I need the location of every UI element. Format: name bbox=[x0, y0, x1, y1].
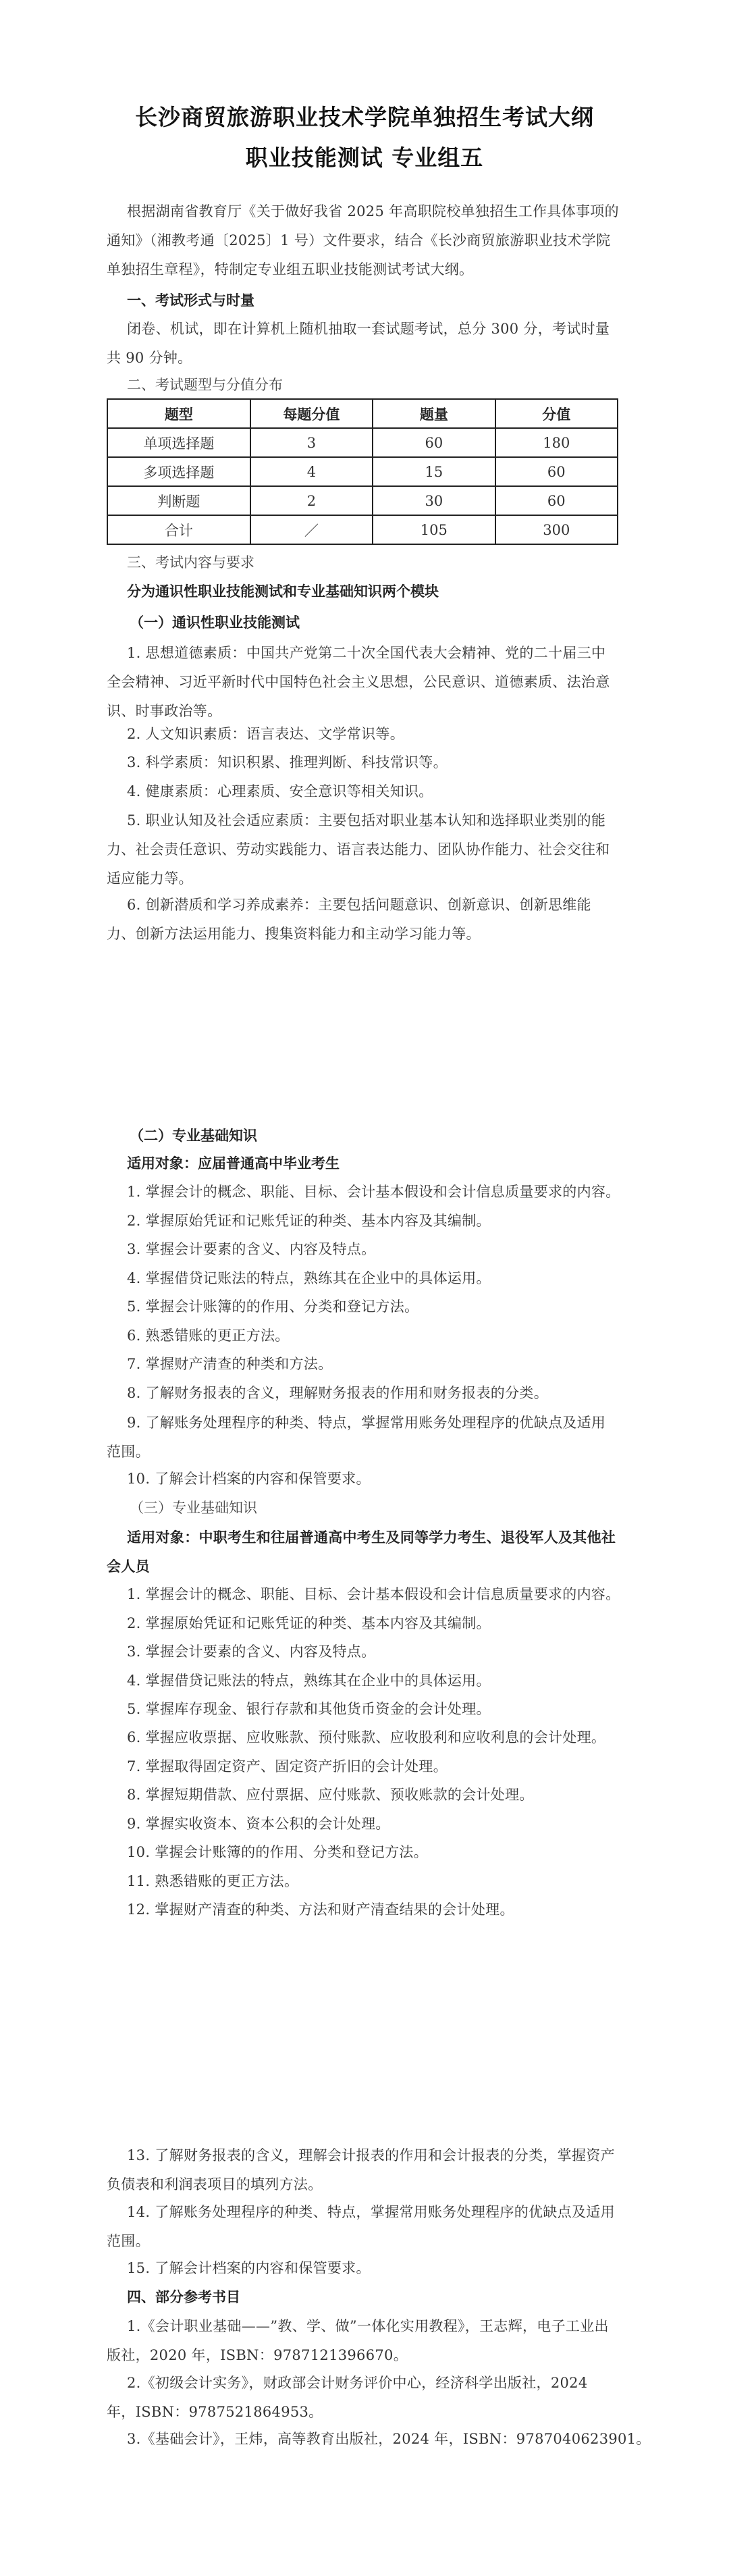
module2-item: 2. 掌握原始凭证和记账凭证的种类、基本内容及其编制。 bbox=[127, 1207, 491, 1234]
table-cell: 105 bbox=[373, 515, 495, 544]
table-header: 每题分值 bbox=[250, 399, 373, 428]
module3-item: 1. 掌握会计的概念、职能、目标、会计基本假设和会计信息质量要求的内容。 bbox=[127, 1581, 620, 1608]
intro-paragraph: 根据湖南省教育厅《关于做好我省 2025 年高职院校单独招生工作具体事项的通知》… bbox=[107, 197, 620, 284]
table-cell: 180 bbox=[495, 428, 618, 457]
module3-item: 11. 熟悉错账的更正方法。 bbox=[127, 1868, 298, 1895]
module2-item: 8. 了解财务报表的含义，理解财务报表的作用和财务报表的分类。 bbox=[127, 1379, 548, 1407]
module1-item: 2. 人文知识素质：语言表达、文学常识等。 bbox=[127, 720, 404, 747]
table-header-row: 题型 每题分值 题量 分值 bbox=[107, 399, 618, 428]
module3-heading: （三）专业基础知识 bbox=[130, 1494, 257, 1521]
section1-heading: 一、考试形式与时量 bbox=[127, 287, 254, 314]
score-distribution-table: 题型 每题分值 题量 分值 单项选择题 3 60 180 多项选择题 4 15 … bbox=[107, 398, 618, 545]
module2-item: 1. 掌握会计的概念、职能、目标、会计基本假设和会计信息质量要求的内容。 bbox=[127, 1178, 620, 1205]
module2-item: 10. 了解会计档案的内容和保管要求。 bbox=[127, 1465, 371, 1492]
module2-item: 6. 熟悉错账的更正方法。 bbox=[127, 1322, 290, 1349]
table-cell: 2 bbox=[250, 486, 373, 515]
module1-item: 3. 科学素质：知识积累、推理判断、科技常识等。 bbox=[127, 749, 448, 776]
module2-item: 5. 掌握会计账簿的的作用、分类和登记方法。 bbox=[127, 1293, 418, 1320]
module3-item: 10. 掌握会计账簿的的作用、分类和登记方法。 bbox=[127, 1839, 428, 1866]
table-cell: 30 bbox=[373, 486, 495, 515]
table-cell: 15 bbox=[373, 457, 495, 486]
module2-target: 适用对象：应届普通高中毕业考生 bbox=[127, 1150, 340, 1177]
table-header: 题量 bbox=[373, 399, 495, 428]
module3-item: 12. 掌握财产清查的种类、方法和财产清查结果的会计处理。 bbox=[127, 1896, 514, 1923]
section1-body: 闭卷、机试，即在计算机上随机抽取一套试题考试，总分 300 分，考试时量共 90… bbox=[107, 315, 620, 373]
module1-heading: （一）通识性职业技能测试 bbox=[130, 609, 300, 636]
table-row: 多项选择题 4 15 60 bbox=[107, 457, 618, 486]
table-row: 判断题 2 30 60 bbox=[107, 486, 618, 515]
table-header: 题型 bbox=[107, 399, 250, 428]
table-cell: 60 bbox=[373, 428, 495, 457]
module3-item: 7. 掌握取得固定资产、固定资产折旧的会计处理。 bbox=[127, 1753, 448, 1780]
reference-item: 1.《会计职业基础——”教、学、做”一体化实用教程》，王志辉，电子工业出版社，2… bbox=[107, 2312, 620, 2370]
section4-heading: 四、部分参考书目 bbox=[127, 2284, 240, 2311]
section3-subheading: 分为通识性职业技能测试和专业基础知识两个模块 bbox=[127, 578, 439, 605]
module1-item: 4. 健康素质：心理素质、安全意识等相关知识。 bbox=[127, 778, 433, 805]
table-cell: 单项选择题 bbox=[107, 428, 250, 457]
table-cell: 60 bbox=[495, 486, 618, 515]
module3-item: 5. 掌握库存现金、银行存款和其他货币资金的会计处理。 bbox=[127, 1696, 491, 1723]
module1-item: 1. 思想道德素质：中国共产党第二十次全国代表大会精神、党的二十届三中全会精神、… bbox=[107, 639, 620, 726]
module1-item: 5. 职业认知及社会适应素质：主要包括对职业基本认知和选择职业类别的能力、社会责… bbox=[107, 806, 620, 893]
section2-heading: 二、考试题型与分值分布 bbox=[127, 371, 283, 398]
table-cell: 合计 bbox=[107, 515, 250, 544]
module2-item: 3. 掌握会计要素的含义、内容及特点。 bbox=[127, 1236, 375, 1263]
document-title: 长沙商贸旅游职业技术学院单独招生考试大纲 bbox=[0, 100, 729, 132]
module3-item: 15. 了解会计档案的内容和保管要求。 bbox=[127, 2255, 371, 2282]
module1-item: 6. 创新潜质和学习养成素养：主要包括问题意识、创新意识、创新思维能力、创新方法… bbox=[107, 891, 620, 949]
table-cell: 300 bbox=[495, 515, 618, 544]
section3-heading: 三、考试内容与要求 bbox=[127, 549, 254, 576]
reference-item: 3.《基础会计》，王炜，高等教育出版社，2024 年，ISBN：97870406… bbox=[127, 2425, 651, 2452]
module2-heading: （二）专业基础知识 bbox=[130, 1122, 257, 1149]
module3-item: 4. 掌握借贷记账法的特点，熟练其在企业中的具体运用。 bbox=[127, 1667, 491, 1694]
table-cell: 60 bbox=[495, 457, 618, 486]
module3-item: 14. 了解账务处理程序的种类、特点，掌握常用账务处理程序的优缺点及适用范围。 bbox=[107, 2198, 620, 2256]
document-subtitle: 职业技能测试 专业组五 bbox=[0, 140, 729, 172]
module3-item: 6. 掌握应收票据、应收账款、预付账款、应收股利和应收利息的会计处理。 bbox=[127, 1724, 605, 1751]
table-row: 合计 ／ 105 300 bbox=[107, 515, 618, 544]
module2-item: 4. 掌握借贷记账法的特点，熟练其在企业中的具体运用。 bbox=[127, 1265, 491, 1292]
module3-item: 8. 掌握短期借款、应付票据、应付账款、预收账款的会计处理。 bbox=[127, 1781, 534, 1808]
module3-item: 9. 掌握实收资本、资本公积的会计处理。 bbox=[127, 1810, 390, 1837]
module2-item: 7. 掌握财产清查的种类和方法。 bbox=[127, 1350, 333, 1377]
table-row: 单项选择题 3 60 180 bbox=[107, 428, 618, 457]
table-header: 分值 bbox=[495, 399, 618, 428]
module3-target: 适用对象：中职考生和往届普通高中考生及同等学力考生、退役军人及其他社会人员 bbox=[107, 1523, 620, 1581]
module2-item: 9. 了解账务处理程序的种类、特点，掌握常用账务处理程序的优缺点及适用范围。 bbox=[107, 1409, 620, 1467]
table-cell: 4 bbox=[250, 457, 373, 486]
module3-item: 2. 掌握原始凭证和记账凭证的种类、基本内容及其编制。 bbox=[127, 1610, 491, 1637]
table-cell: ／ bbox=[250, 515, 373, 544]
reference-item: 2.《初级会计实务》，财政部会计财务评价中心，经济科学出版社，2024 年，IS… bbox=[107, 2369, 620, 2427]
table-cell: 3 bbox=[250, 428, 373, 457]
table-cell: 判断题 bbox=[107, 486, 250, 515]
module3-item: 3. 掌握会计要素的含义、内容及特点。 bbox=[127, 1638, 375, 1665]
module3-item: 13. 了解财务报表的含义，理解会计报表的作用和会计报表的分类，掌握资产负债表和… bbox=[107, 2141, 620, 2199]
table-cell: 多项选择题 bbox=[107, 457, 250, 486]
